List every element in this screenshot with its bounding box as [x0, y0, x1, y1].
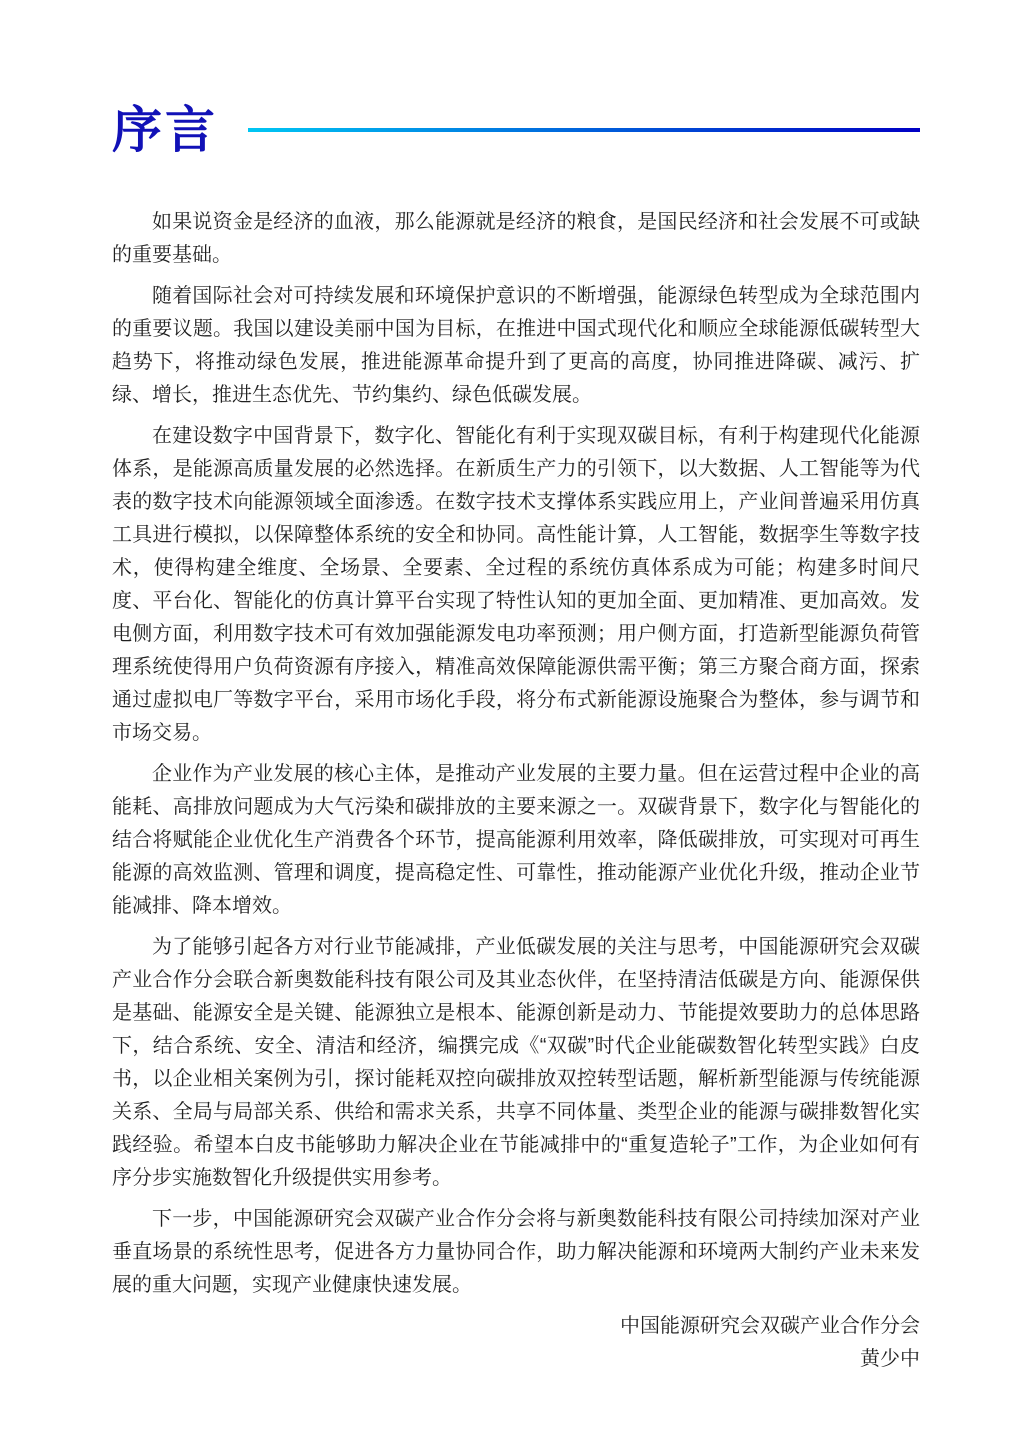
- page-title: 序言: [112, 102, 218, 158]
- preface-paragraph-4: 企业作为产业发展的核心主体，是推动产业发展的主要力量。但在运营过程中企业的高能耗…: [112, 758, 920, 923]
- signature-author: 黄少中: [112, 1343, 920, 1376]
- preface-paragraph-3: 在建设数字中国背景下，数字化、智能化有利于实现双碳目标，有利于构建现代化能源体系…: [112, 420, 920, 750]
- title-divider-line: [248, 128, 920, 132]
- signature-block: 中国能源研究会双碳产业合作分会 黄少中: [112, 1310, 920, 1376]
- page-header: 序言: [112, 102, 920, 158]
- preface-paragraph-1: 如果说资金是经济的血液，那么能源就是经济的粮食，是国民经济和社会发展不可或缺的重…: [112, 206, 920, 272]
- signature-organization: 中国能源研究会双碳产业合作分会: [112, 1310, 920, 1343]
- preface-body: 如果说资金是经济的血液，那么能源就是经济的粮食，是国民经济和社会发展不可或缺的重…: [112, 206, 920, 1376]
- preface-paragraph-2: 随着国际社会对可持续发展和环境保护意识的不断增强，能源绿色转型成为全球范围内的重…: [112, 280, 920, 412]
- preface-page: 序言 如果说资金是经济的血液，那么能源就是经济的粮食，是国民经济和社会发展不可或…: [0, 0, 1020, 1431]
- preface-paragraph-6: 下一步，中国能源研究会双碳产业合作分会将与新奥数能科技有限公司持续加深对产业垂直…: [112, 1203, 920, 1302]
- preface-paragraph-5: 为了能够引起各方对行业节能减排，产业低碳发展的关注与思考，中国能源研究会双碳产业…: [112, 931, 920, 1195]
